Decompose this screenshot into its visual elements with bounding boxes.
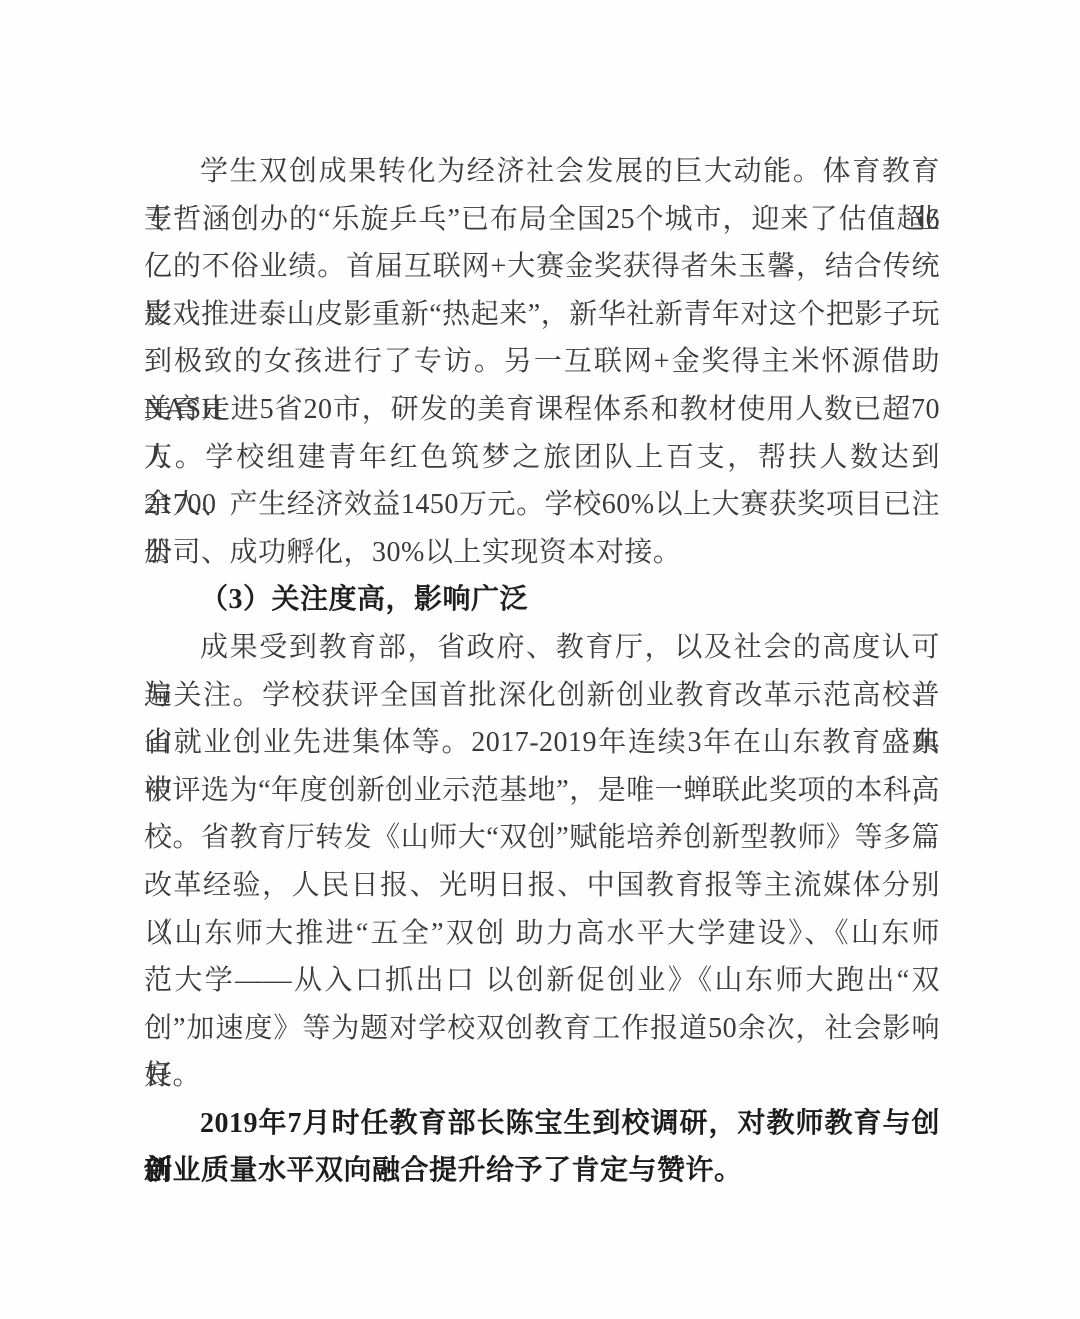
doc-line: 省就业创业先进集体等。2017-2019年连续3年在山东教育盛典中， bbox=[144, 719, 940, 767]
doc-line: 美育走进5省20市，研发的美育课程体系和教材使用人数已超70万 bbox=[144, 386, 940, 434]
doc-line: 创”加速度》等为题对学校双创教育工作报道50余次，社会影响良 bbox=[144, 1005, 940, 1053]
document-content: 学生双创成果转化为经济社会发展的巨大动能。体育教育专业 王哲涵创办的“乐旋乒乓”… bbox=[144, 148, 940, 1195]
doc-line: 《山东师大推进“五全”双创 助力高水平大学建设》、《山东师 bbox=[144, 910, 940, 958]
doc-line: 人。学校组建青年红色筑梦之旅团队上百支，帮扶人数达到21700 bbox=[144, 434, 940, 482]
doc-line: 范大学——从入口抓出口 以创新促创业》《山东师大跑出“双 bbox=[144, 957, 940, 1005]
doc-line: 遍关注。学校获评全国首批深化创新创业教育改革示范高校、山东 bbox=[144, 672, 940, 720]
paragraph-recognition: 成果受到教育部，省政府、教育厅，以及社会的高度认可与普 遍关注。学校获评全国首批… bbox=[144, 624, 940, 1100]
doc-line: 亿的不俗业绩。首届互联网+大赛金奖获得者朱玉馨，结合传统皮 bbox=[144, 243, 940, 291]
doc-line: 学生双创成果转化为经济社会发展的巨大动能。体育教育专业 bbox=[144, 148, 940, 196]
doc-line: 校。省教育厅转发《山师大“双创”赋能培养创新型教师》等多篇 bbox=[144, 814, 940, 862]
section-heading: （3）关注度高，影响广泛 bbox=[144, 576, 940, 624]
doc-line: 王哲涵创办的“乐旋乒乓”已布局全国25个城市，迎来了估值超6 bbox=[144, 196, 940, 244]
doc-line: 余人、产生经济效益1450万元。学校60%以上大赛获奖项目已注册 bbox=[144, 481, 940, 529]
paragraph-student-achievements: 学生双创成果转化为经济社会发展的巨大动能。体育教育专业 王哲涵创办的“乐旋乒乓”… bbox=[144, 148, 940, 576]
doc-line: 到极致的女孩进行了专访。另一互联网+金奖得主米怀源借助NASH bbox=[144, 338, 940, 386]
doc-line: 公司、成功孵化，30%以上实现资本对接。 bbox=[144, 529, 940, 577]
doc-line: （3）关注度高，影响广泛 bbox=[144, 576, 940, 624]
doc-line: 2019年7月时任教育部长陈宝生到校调研，对教师教育与创新 bbox=[144, 1100, 940, 1148]
doc-line: 好。 bbox=[144, 1052, 940, 1100]
doc-line: 成果受到教育部，省政府、教育厅，以及社会的高度认可与普 bbox=[144, 624, 940, 672]
doc-line: 改革经验，人民日报、光明日报、中国教育报等主流媒体分别以 bbox=[144, 862, 940, 910]
doc-line: 影戏推进泰山皮影重新“热起来”，新华社新青年对这个把影子玩 bbox=[144, 291, 940, 339]
paragraph-minister-visit: 2019年7月时任教育部长陈宝生到校调研，对教师教育与创新 创业质量水平双向融合… bbox=[144, 1100, 940, 1195]
doc-line: 创业质量水平双向融合提升给予了肯定与赞许。 bbox=[144, 1147, 940, 1195]
document-page: 学生双创成果转化为经济社会发展的巨大动能。体育教育专业 王哲涵创办的“乐旋乒乓”… bbox=[0, 0, 1080, 1319]
doc-line: 被评选为“年度创新创业示范基地”，是唯一蝉联此奖项的本科高 bbox=[144, 767, 940, 815]
